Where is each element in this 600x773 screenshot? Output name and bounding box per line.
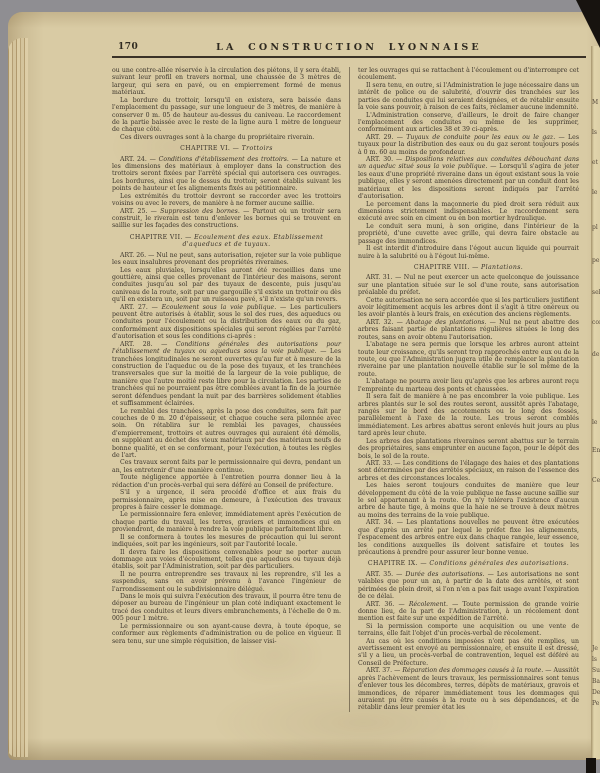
paragraph: Les eaux pluviales, lorsqu'elles auront … <box>112 267 341 304</box>
paragraph: ART. 36. — Récolement. — Toute permissio… <box>358 601 579 623</box>
chapter-heading: CHAPITRE VIII. — Plantations. <box>358 264 579 271</box>
right-column: ter les ouvrages qui se rattachent à l'é… <box>350 67 579 712</box>
paragraph: L'abatage ne pourra avoir lieu qu'après … <box>358 378 579 393</box>
paragraph: L'abatage ne sera permis que lorsque les… <box>358 341 579 378</box>
paragraph: Toute négligence apportée à l'entretien … <box>112 474 341 489</box>
paragraph: ART. 25. — Suppression des bornes. — Par… <box>112 208 341 230</box>
edge-text-fragment: Ba <box>592 679 600 685</box>
edge-text-fragment: Je <box>592 646 598 652</box>
paragraph: La bordure du trottoir, lorsqu'il en exi… <box>112 97 341 134</box>
journal-title: LA CONSTRUCTION LYONNAISE <box>112 42 586 53</box>
paragraph: Il se conformera à toutes les mesures de… <box>112 534 341 549</box>
edge-text-fragment: ls <box>592 130 597 136</box>
paragraph: ART. 28. — Conditions générales des auto… <box>112 341 341 408</box>
chapter-heading: CHAPITRE IX. — Conditions générales des … <box>358 560 579 567</box>
edge-text-fragment: Su <box>592 668 600 674</box>
paragraph: ART. 24. — Conditions d'établissement de… <box>112 156 341 193</box>
edge-text-fragment: Pe <box>592 701 599 707</box>
paragraph: ART. 31. — Nul ne peut exercer un acte q… <box>358 274 579 296</box>
chapter-heading: CHAPITRE VII. — Ecoulement des eaux. Eta… <box>112 234 341 249</box>
paragraph: ART. 37. — Réparation des dommages causé… <box>358 667 579 712</box>
page-header: 170 LA CONSTRUCTION LYONNAISE <box>112 42 586 56</box>
edge-text-fragment: M <box>592 100 598 106</box>
paragraph: ART. 29. — Tuyaux de conduite pour les e… <box>358 134 579 156</box>
edge-text-fragment: pe <box>592 258 599 264</box>
paragraph: Il est interdit d'introduire dans l'égou… <box>358 245 579 260</box>
paragraph: Ces divers ouvrages sont à la charge du … <box>112 134 341 141</box>
edge-text-fragment: cor <box>592 320 600 326</box>
paragraph: ART. 26. — Nul ne peut, sans autorisatio… <box>112 252 341 267</box>
paragraph: Les haies seront toujours conduites de m… <box>358 482 579 519</box>
edge-text-fragment: En <box>592 448 600 454</box>
scan-background: { "header": { "page_number": "170", "tit… <box>0 0 600 773</box>
paragraph: Si la permission comporte une acquisitio… <box>358 623 579 638</box>
edge-text-fragment: Ce <box>592 478 600 484</box>
paragraph: ou une contre-allée réservée à la circul… <box>112 67 341 97</box>
edge-text-fragment: le <box>592 420 597 426</box>
paragraph: Il devra faire les dispositions convenab… <box>112 549 341 571</box>
paragraph: ART. 30. — Dispositions relatives aux co… <box>358 156 579 201</box>
paragraph: Il ne pourra entreprendre ses travaux ni… <box>112 571 341 593</box>
scanned-journal-page: 170 LA CONSTRUCTION LYONNAISE ou une con… <box>8 12 600 760</box>
paragraph: ART. 33. — Les conditions de l'élagage d… <box>358 460 579 482</box>
paragraph: Au cas où les conditions imposées n'ont … <box>358 638 579 668</box>
paragraph: ter les ouvrages qui se rattachent à l'é… <box>358 67 579 82</box>
edge-text-fragment: sel <box>592 290 600 296</box>
paragraph: Le percement dans la maçonnerie du pied … <box>358 201 579 223</box>
paragraph: Il sera fait de manière à ne pas encombr… <box>358 393 579 438</box>
paragraph: S'il y a urgence, il sera procédé d'offi… <box>112 489 341 511</box>
edge-text-fragment: et <box>592 160 598 166</box>
paragraph: Les extrémités du trottoir devront se ra… <box>112 193 341 208</box>
paragraph: Ces travaux seront faits par le permissi… <box>112 459 341 474</box>
paragraph: ART. 32. — Abatage des plantations. — Nu… <box>358 319 579 341</box>
paragraph: Le remblai des tranchées, après la pose … <box>112 408 341 460</box>
paragraph: ART. 27. — Ecoulement sous la voie publi… <box>112 304 341 341</box>
edge-text-fragment: le <box>592 190 597 196</box>
article-columns: ou une contre-allée réservée à la circul… <box>112 67 586 712</box>
edge-text-fragment: pl <box>592 225 598 231</box>
edge-text-fragment: De <box>592 690 600 696</box>
paragraph: L'Administration conserve, d'ailleurs, l… <box>358 112 579 134</box>
adjacent-page-sliver: MlsetleplpeselcordeleEnCeJelsSuBaDePe <box>591 46 600 759</box>
chapter-heading: CHAPITRE VI. — Trottoirs <box>112 145 341 152</box>
paragraph: Il sera tenu, en outre, si l'Administrat… <box>358 82 579 112</box>
book-cover-mark <box>586 758 596 773</box>
paragraph: Cette autorisation ne sera accordée que … <box>358 297 579 319</box>
edge-text-fragment: ls <box>592 657 597 663</box>
paragraph: Les arbres des plantations riveraines se… <box>358 438 579 460</box>
edge-text-fragment: de <box>592 352 599 358</box>
book-page-edges <box>8 38 28 757</box>
paragraph: ART. 34. — Les plantations nouvelles ne … <box>358 519 579 556</box>
paragraph: Le conduit sera muni, à son origine, dan… <box>358 223 579 245</box>
paragraph: Le permissionnaire fera enlever, immédia… <box>112 511 341 533</box>
paragraph: ART. 35. — Durée des autorisations. — Le… <box>358 571 579 601</box>
paragraph: Dans le mois qui suivra l'exécution des … <box>112 593 341 623</box>
paragraph: Le permissionnaire ou son ayant-cause de… <box>112 623 341 645</box>
left-column: ou une contre-allée réservée à la circul… <box>112 67 350 712</box>
header-rule <box>112 56 586 58</box>
